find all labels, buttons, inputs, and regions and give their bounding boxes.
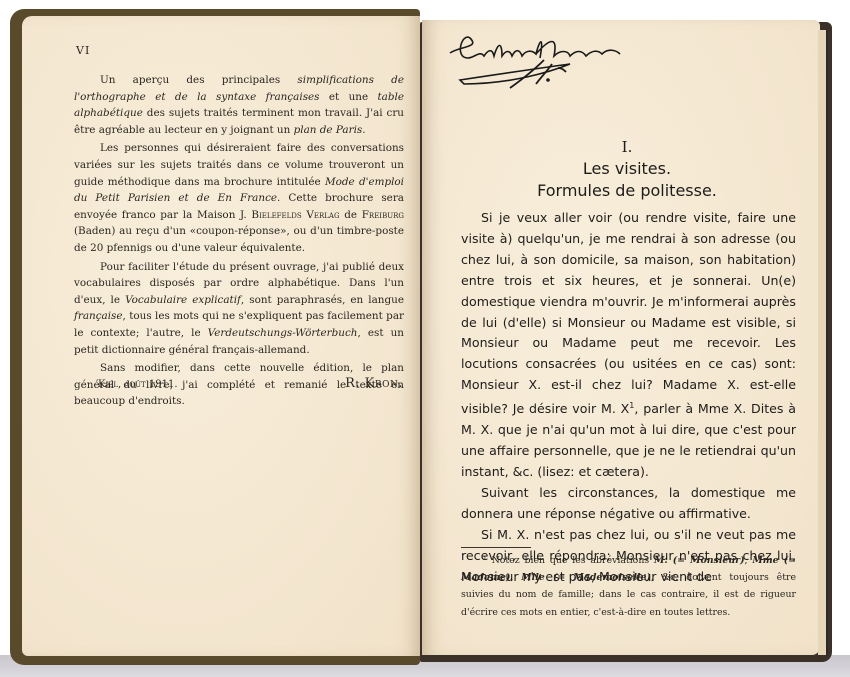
author-name: R. Kron. bbox=[345, 376, 403, 391]
text-span: Un aperçu des principales bbox=[100, 74, 297, 86]
italic-span: M. (= Monsieur) bbox=[654, 555, 745, 566]
footnote-divider bbox=[461, 547, 531, 548]
small-caps-span: Bielefelds Verlag bbox=[251, 209, 339, 221]
text-span: , bbox=[510, 572, 521, 583]
text-span: . bbox=[362, 124, 365, 136]
text-span: (Baden) au reçu d'un «coupon-réponse», o… bbox=[74, 225, 404, 254]
preface-signoff: Kiel, août 1911. R. Kron. bbox=[98, 376, 403, 391]
body-paragraph: Si je veux aller voir (ou rendre visite,… bbox=[461, 208, 796, 483]
preface-paragraph: Un aperçu des principales simplification… bbox=[74, 72, 404, 138]
handwritten-signature-icon bbox=[440, 28, 670, 98]
preface-paragraph: Les personnes qui désireraient faire des… bbox=[74, 140, 404, 256]
footnote-marker: 1 bbox=[629, 401, 634, 410]
italic-span: française bbox=[74, 310, 123, 322]
text-span bbox=[146, 91, 155, 103]
footnote-paragraph: ¹ Notez bien que les abréviations M. (= … bbox=[461, 552, 796, 621]
chapter-title: Les visites. bbox=[462, 159, 792, 178]
chapter-body: Si je veux aller voir (ou rendre visite,… bbox=[461, 208, 796, 588]
place-date: Kiel, août 1911. bbox=[98, 379, 178, 390]
page-number: VI bbox=[76, 44, 90, 57]
text-span: ¹ Notez bien que les abréviations bbox=[483, 555, 654, 566]
italic-span: Verdeutschungs-Wörterbuch bbox=[208, 327, 358, 339]
italic-span: Mlle (= Mademoiselle) bbox=[521, 572, 651, 583]
italic-span: et de la syntaxe françaises bbox=[155, 91, 319, 103]
preface-text: Un aperçu des principales simplification… bbox=[74, 72, 404, 410]
small-caps-span: Freiburg bbox=[362, 209, 404, 221]
text-span: de bbox=[340, 209, 362, 221]
italic-span: plan de Paris bbox=[294, 124, 363, 136]
page-edge bbox=[818, 30, 828, 655]
text-span: et une bbox=[320, 91, 378, 103]
italic-span: Vocabulaire explicatif bbox=[125, 294, 241, 306]
preface-paragraph: Pour faciliter l'étude du présent ouvrag… bbox=[74, 259, 404, 359]
body-paragraph: Suivant les circonstances, la domestique… bbox=[461, 483, 796, 525]
chapter-subtitle: Formules de politesse. bbox=[462, 181, 792, 200]
text-span: , sont paraphrasés, en langue bbox=[241, 294, 404, 306]
chapter-number: I. bbox=[462, 138, 792, 156]
footnote: ¹ Notez bien que les abréviations M. (= … bbox=[461, 552, 796, 621]
